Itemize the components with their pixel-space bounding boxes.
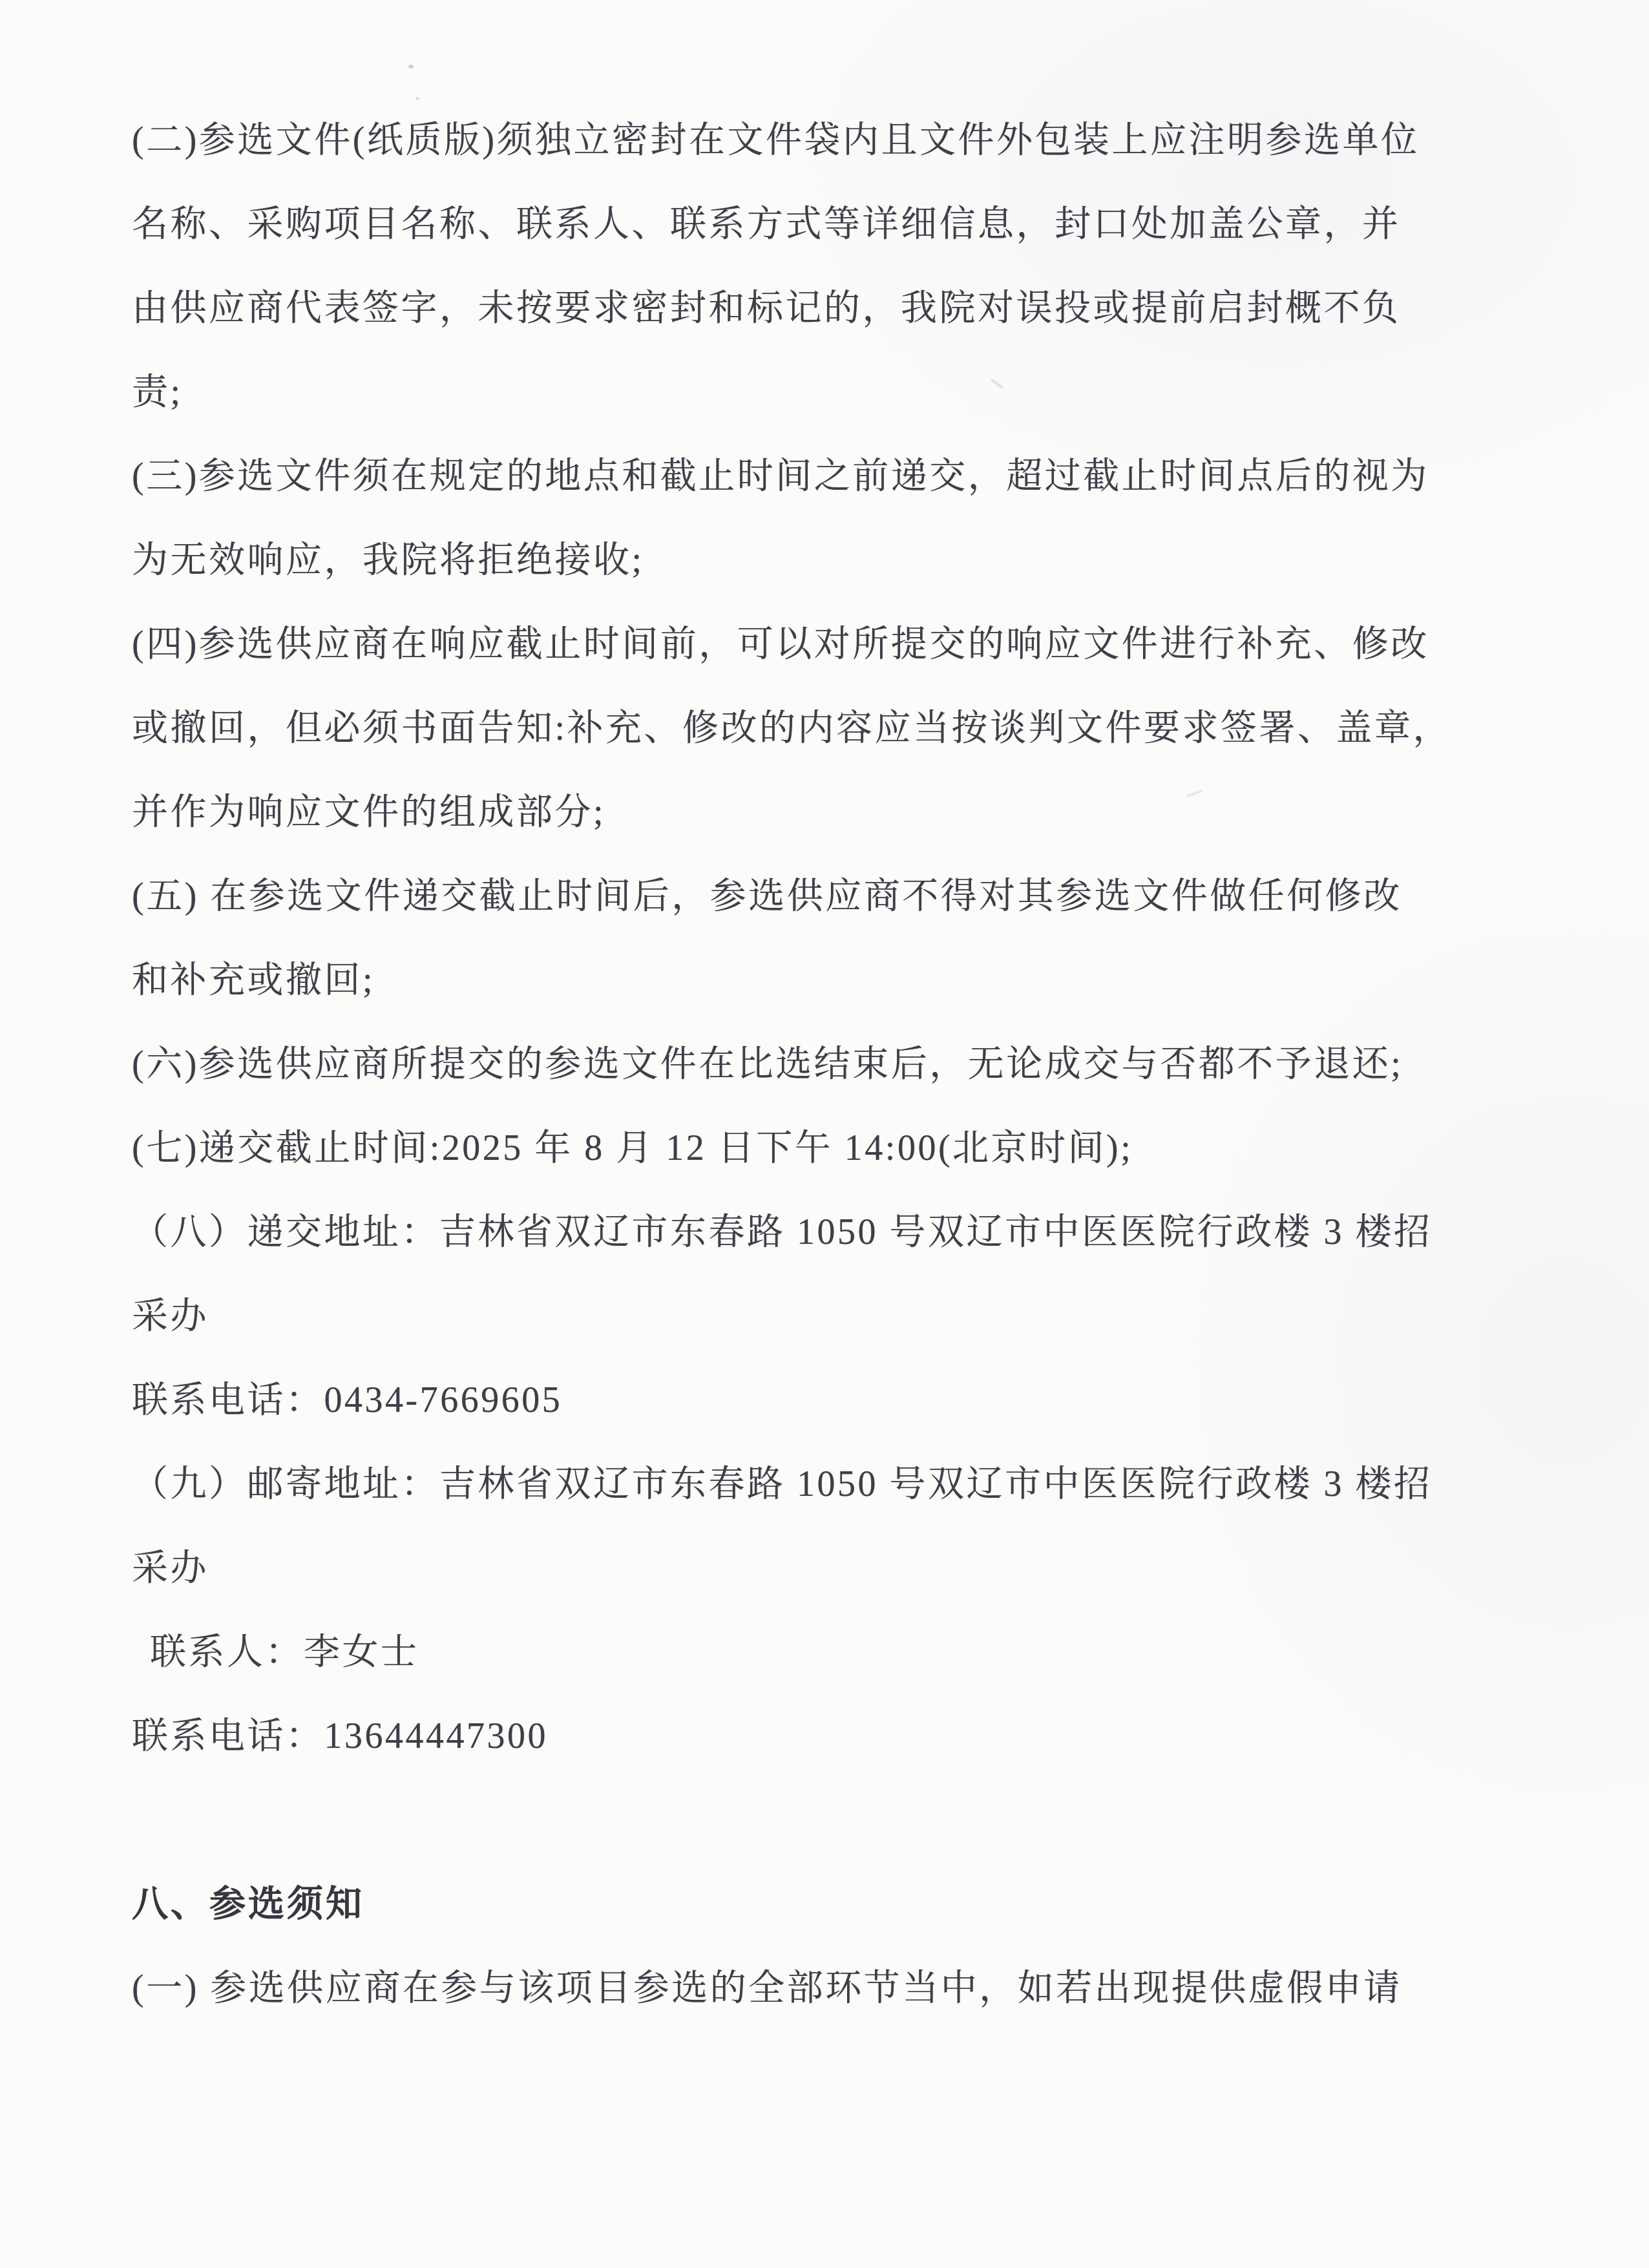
document-line: (六)参选供应商所提交的参选文件在比选结束后，无论成交与否都不予退还; bbox=[132, 1022, 1528, 1106]
document-line: 采办 bbox=[132, 1526, 1528, 1610]
document-line: 或撤回，但必须书面告知:补充、修改的内容应当按谈判文件要求签署、盖章， bbox=[132, 686, 1528, 770]
document-line: 为无效响应，我院将拒绝接收; bbox=[132, 518, 1528, 602]
document-line: 联系电话：0434-7669605 bbox=[132, 1358, 1528, 1442]
document-line-contact-person: 联系人：李女士 bbox=[132, 1610, 1528, 1694]
document-line: (二)参选文件(纸质版)须独立密封在文件袋内且文件外包装上应注明参选单位 bbox=[132, 98, 1528, 182]
blank-line bbox=[132, 1778, 1528, 1862]
document-line: （九）邮寄地址：吉林省双辽市东春路 1050 号双辽市中医医院行政楼 3 楼招 bbox=[132, 1442, 1528, 1526]
document-body: (二)参选文件(纸质版)须独立密封在文件袋内且文件外包装上应注明参选单位 名称、… bbox=[132, 98, 1528, 2030]
document-line: 责; bbox=[132, 350, 1528, 434]
document-line: (三)参选文件须在规定的地点和截止时间之前递交，超过截止时间点后的视为 bbox=[132, 434, 1528, 518]
scan-speck bbox=[408, 65, 414, 68]
document-line: 由供应商代表签字，未按要求密封和标记的，我院对误投或提前启封概不负 bbox=[132, 266, 1528, 350]
document-line: 并作为响应文件的组成部分; bbox=[132, 770, 1528, 854]
document-line: (五) 在参选文件递交截止时间后，参选供应商不得对其参选文件做任何修改 bbox=[132, 854, 1528, 938]
document-line: (一) 参选供应商在参与该项目参选的全部环节当中，如若出现提供虚假申请 bbox=[132, 1946, 1528, 2030]
document-line: 采办 bbox=[132, 1274, 1528, 1358]
document-line: (七)递交截止时间:2025 年 8 月 12 日下午 14:00(北京时间); bbox=[132, 1106, 1528, 1190]
document-line: （八）递交地址：吉林省双辽市东春路 1050 号双辽市中医医院行政楼 3 楼招 bbox=[132, 1190, 1528, 1274]
section-heading: 八、参选须知 bbox=[132, 1862, 1528, 1946]
scanned-document-page: (二)参选文件(纸质版)须独立密封在文件袋内且文件外包装上应注明参选单位 名称、… bbox=[0, 0, 1649, 2268]
document-line: 名称、采购项目名称、联系人、联系方式等详细信息，封口处加盖公章，并 bbox=[132, 182, 1528, 266]
document-line-contact-phone: 联系电话：13644447300 bbox=[132, 1694, 1528, 1778]
document-line: 和补充或撤回; bbox=[132, 938, 1528, 1022]
document-line: (四)参选供应商在响应截止时间前，可以对所提交的响应文件进行补充、修改 bbox=[132, 602, 1528, 686]
